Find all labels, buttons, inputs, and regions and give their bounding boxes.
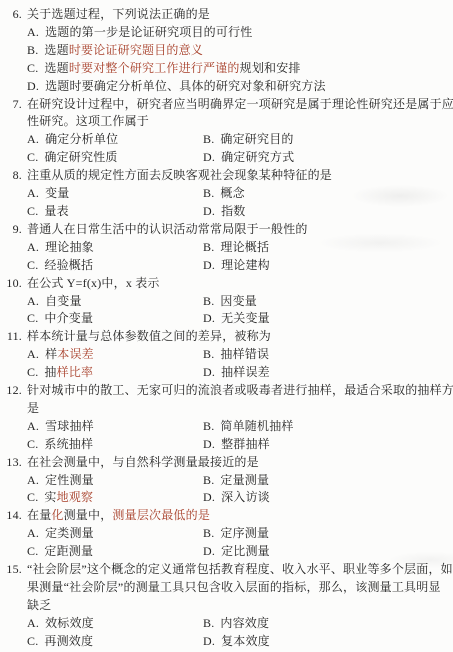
option-label: B. <box>203 473 214 487</box>
question-block: 8.注重从质的规定性方面去反映客观社会现象某种特征的是A.变量B.概念C.量表D… <box>0 167 447 221</box>
option-text: 量表 <box>44 204 68 218</box>
option-row: C.确定研究性质D.确定研究方式 <box>0 149 447 167</box>
question-stem-line: 8.注重从质的规定性方面去反映客观社会现象某种特征的是 <box>0 167 447 185</box>
option-text: 无关变量 <box>221 311 270 325</box>
text-segment: 针对城市中的散工、无家可归的流浪者或吸毒者进行抽样，最适合采取的抽样方法 <box>27 383 453 397</box>
option-label: D. <box>203 258 215 272</box>
option: C.经验概括 <box>0 257 203 275</box>
option-text: 指数 <box>221 204 245 218</box>
option-text: 系统抽样 <box>44 437 93 451</box>
text-segment: 无关变量 <box>221 311 270 325</box>
option-text: 概念 <box>220 186 244 200</box>
question-stem-line: 9.普通人在日常生活中的认识活动常常局限于一般性的 <box>0 221 447 239</box>
red-marked-text: 化 <box>51 508 63 522</box>
option-label: A. <box>27 347 39 361</box>
text-segment: 确定研究性质 <box>44 150 117 164</box>
option-row: A.理论抽象B.理论概括 <box>0 239 447 257</box>
option-text: 确定研究方式 <box>221 150 294 164</box>
text-segment: 理论建构 <box>221 258 270 272</box>
red-marked-text: 本误差 <box>57 347 94 361</box>
question-stem-line: 性研究。这项工作属于 <box>0 113 447 131</box>
option-row: C.选题时要对整个研究工作进行严谨的规划和安排 <box>0 60 447 78</box>
option: C.确定研究性质 <box>0 149 203 167</box>
question-block: 12.针对城市中的散工、无家可归的流浪者或吸毒者进行抽样，最适合采取的抽样方法是… <box>0 382 447 454</box>
option-row: A.雪球抽样B.简单随机抽样 <box>0 418 447 436</box>
question-stem-line: 6.关于选题过程，下列说法正确的是 <box>0 6 447 24</box>
text-segment: 指数 <box>221 204 245 218</box>
option-text: 确定分析单位 <box>45 132 118 146</box>
option-text: 经验概括 <box>44 258 93 272</box>
question-number: 11. <box>0 328 27 346</box>
text-segment: 规划和安排 <box>240 61 301 75</box>
question-stem-line: 缺乏 <box>0 597 447 615</box>
text-segment: 因变量 <box>220 294 257 308</box>
question-block: 6.关于选题过程，下列说法正确的是A.选题的第一步是论证研究项目的可行性B.选题… <box>0 6 447 96</box>
option-label: A. <box>27 294 39 308</box>
option: A.自变量 <box>0 293 203 311</box>
option-row: A.定性测量B.定量测量 <box>0 472 447 490</box>
option-label: A. <box>27 25 39 39</box>
option-text: 确定研究目的 <box>220 132 293 146</box>
option-row: A.确定分析单位B.确定研究目的 <box>0 131 447 149</box>
option-text: 深入访谈 <box>221 490 270 504</box>
option-label: B. <box>203 419 214 433</box>
option-text: 再测效度 <box>44 634 93 648</box>
question-stem-line: 7.在研究设计过程中，研究者应当明确界定一项研究是属于理论性研究还是属于应用 <box>0 96 447 114</box>
option-label: B. <box>203 294 214 308</box>
option-text: 定距测量 <box>44 544 93 558</box>
text-segment: 再测效度 <box>44 634 93 648</box>
option-text: 自变量 <box>45 294 82 308</box>
question-number: 10. <box>0 275 27 293</box>
question-block: 10.在公式 Y=f(x)中，x 表示A.自变量B.因变量C.中介变量D.无关变… <box>0 275 447 329</box>
option-row: D.选题时要确定分析单位、具体的研究对象和研究方法 <box>0 78 447 96</box>
option-row: C.经验概括D.理论建构 <box>0 257 447 275</box>
text-segment: 缺乏 <box>27 598 51 612</box>
option-label: A. <box>27 526 39 540</box>
option-label: B. <box>27 43 38 57</box>
question-stem-line: 12.针对城市中的散工、无家可归的流浪者或吸毒者进行抽样，最适合采取的抽样方法 <box>0 382 447 400</box>
text-segment: 定量测量 <box>220 473 269 487</box>
exam-page: 6.关于选题过程，下列说法正确的是A.选题的第一步是论证研究项目的可行性B.选题… <box>0 0 453 651</box>
question-stem-text: 是 <box>27 400 447 418</box>
text-segment: 是 <box>27 401 39 415</box>
question-block: 9.普通人在日常生活中的认识活动常常局限于一般性的A.理论抽象B.理论概括C.经… <box>0 221 447 275</box>
option-row: A.选题的第一步是论证研究项目的可行性 <box>0 24 447 42</box>
option-text: 变量 <box>45 186 69 200</box>
question-stem-text: 关于选题过程，下列说法正确的是 <box>27 6 447 24</box>
question-stem-text: 缺乏 <box>27 597 447 615</box>
option-label: C. <box>27 150 38 164</box>
red-marked-text: 时要对整个研究工作进行严谨的 <box>69 61 240 75</box>
option-label: D. <box>203 437 215 451</box>
option-text: 样本误差 <box>45 347 94 361</box>
text-segment: 内容效度 <box>220 616 269 630</box>
text-segment: 选题的第一步是论证研究项目的可行性 <box>45 25 252 39</box>
question-stem-line: 13.在社会测量中，与自然科学测量最接近的是 <box>0 454 447 472</box>
option: A.理论抽象 <box>0 239 203 257</box>
text-segment: 定序测量 <box>220 526 269 540</box>
question-stem-text: 果测量“社会阶层”的测量工具只包含收入层面的指标，那么，该测量工具明显 <box>27 579 447 597</box>
option: C.再测效度 <box>0 633 203 651</box>
option-label: D. <box>27 79 39 93</box>
option-row: A.定类测量B.定序测量 <box>0 525 447 543</box>
option: C.实地观察 <box>0 489 203 507</box>
option: A.雪球抽样 <box>0 418 203 436</box>
option: B.定序测量 <box>203 525 447 543</box>
text-segment: 在量 <box>27 508 51 522</box>
option-row: A.样本误差B.抽样错误 <box>0 346 447 364</box>
red-marked-text: 时要论证研究题目的意义 <box>69 43 203 57</box>
question-stem-text: 在社会测量中，与自然科学测量最接近的是 <box>27 454 447 472</box>
option-text: 理论概括 <box>220 240 269 254</box>
red-marked-text: 样比率 <box>57 365 94 379</box>
option-label: A. <box>27 240 39 254</box>
option-text: 定序测量 <box>220 526 269 540</box>
text-segment: 在研究设计过程中，研究者应当明确界定一项研究是属于理论性研究还是属于应用 <box>27 97 453 111</box>
option: B.理论概括 <box>203 239 447 257</box>
option-label: B. <box>203 186 214 200</box>
option: A.定性测量 <box>0 472 203 490</box>
question-stem-line: 10.在公式 Y=f(x)中，x 表示 <box>0 275 447 293</box>
option-row: C.实地观察D.深入访谈 <box>0 489 447 507</box>
option-label: D. <box>203 490 215 504</box>
option-text: 中介变量 <box>44 311 93 325</box>
option-text: 整群抽样 <box>221 437 270 451</box>
question-stem-line: 11.样本统计量与总体参数值之间的差异，被称为 <box>0 328 447 346</box>
option-text: 定量测量 <box>220 473 269 487</box>
option-row: C.中介变量D.无关变量 <box>0 310 447 328</box>
option-label: A. <box>27 616 39 630</box>
option: C.选题时要对整个研究工作进行严谨的规划和安排 <box>27 60 301 78</box>
text-segment: “社会阶层”这个概念的定义通常包括教育程度、收入水平、职业等多个层面，如 <box>27 562 453 576</box>
question-stem-line: 15.“社会阶层”这个概念的定义通常包括教育程度、收入水平、职业等多个层面，如 <box>0 561 447 579</box>
option-label: A. <box>27 473 39 487</box>
option-row: C.量表D.指数 <box>0 203 447 221</box>
option-label: B. <box>203 347 214 361</box>
option-label: A. <box>27 132 39 146</box>
text-segment: 效标效度 <box>45 616 94 630</box>
option-text: 抽样错误 <box>220 347 269 361</box>
text-segment: 变量 <box>45 186 69 200</box>
text-segment: 复本效度 <box>221 634 270 648</box>
text-segment: 抽 <box>44 365 56 379</box>
question-number: 9. <box>0 221 27 239</box>
question-number: 13. <box>0 454 27 472</box>
text-segment: 确定研究目的 <box>220 132 293 146</box>
question-block: 14.在量化测量中，测量层次最低的是A.定类测量B.定序测量C.定距测量D.定比… <box>0 507 447 561</box>
text-segment: 确定分析单位 <box>45 132 118 146</box>
text-segment: 样 <box>45 347 57 361</box>
option: B.内容效度 <box>203 615 447 633</box>
text-segment: 理论抽象 <box>45 240 94 254</box>
option-row: C.再测效度D.复本效度 <box>0 633 447 651</box>
option: B.抽样错误 <box>203 346 447 364</box>
question-stem-text: 样本统计量与总体参数值之间的差异，被称为 <box>27 328 447 346</box>
question-block: 13.在社会测量中，与自然科学测量最接近的是A.定性测量B.定量测量C.实地观察… <box>0 454 447 508</box>
option: C.量表 <box>0 203 203 221</box>
option-label: C. <box>27 311 38 325</box>
question-stem-line: 果测量“社会阶层”的测量工具只包含收入层面的指标，那么，该测量工具明显 <box>0 579 447 597</box>
option: B.简单随机抽样 <box>203 418 447 436</box>
text-segment: 概念 <box>220 186 244 200</box>
text-segment: 简单随机抽样 <box>220 419 293 433</box>
option: C.定距测量 <box>0 543 203 561</box>
option-text: 选题时要论证研究题目的意义 <box>44 43 203 57</box>
option-text: 抽样比率 <box>44 365 93 379</box>
text-segment: 自变量 <box>45 294 82 308</box>
option: A.选题的第一步是论证研究项目的可行性 <box>27 24 252 42</box>
option-text: 定性测量 <box>45 473 94 487</box>
option-text: 抽样误差 <box>221 365 270 379</box>
option: D.复本效度 <box>203 633 447 651</box>
option: A.确定分析单位 <box>0 131 203 149</box>
option-label: D. <box>203 544 215 558</box>
option-label: D. <box>203 365 215 379</box>
question-stem-text: 在量化测量中，测量层次最低的是 <box>27 507 447 525</box>
option-label: A. <box>27 419 39 433</box>
option-label: B. <box>203 132 214 146</box>
option-text: 理论建构 <box>221 258 270 272</box>
text-segment: 定类测量 <box>45 526 94 540</box>
option-row: A.变量B.概念 <box>0 185 447 203</box>
red-marked-text: 地观察 <box>57 490 94 504</box>
option-row: A.效标效度B.内容效度 <box>0 615 447 633</box>
option-row: A.自变量B.因变量 <box>0 293 447 311</box>
red-marked-text: 测量层次最低的是 <box>112 508 210 522</box>
option-text: 实地观察 <box>44 490 93 504</box>
text-segment: 雪球抽样 <box>45 419 94 433</box>
question-stem-line: 是 <box>0 400 447 418</box>
option: A.样本误差 <box>0 346 203 364</box>
option: D.深入访谈 <box>203 489 447 507</box>
option-label: C. <box>27 544 38 558</box>
text-segment: 测量中， <box>64 508 113 522</box>
text-segment: 整群抽样 <box>221 437 270 451</box>
question-number: 8. <box>0 167 27 185</box>
option-text: 选题的第一步是论证研究项目的可行性 <box>45 25 252 39</box>
text-segment: 性研究。这项工作属于 <box>27 114 149 128</box>
question-stem-text: 普通人在日常生活中的认识活动常常局限于一般性的 <box>27 221 447 239</box>
option-label: D. <box>203 150 215 164</box>
text-segment: 确定研究方式 <box>221 150 294 164</box>
option-text: 因变量 <box>220 294 257 308</box>
text-segment: 定比测量 <box>221 544 270 558</box>
question-stem-text: “社会阶层”这个概念的定义通常包括教育程度、收入水平、职业等多个层面，如 <box>27 561 447 579</box>
question-stem-line: 14.在量化测量中，测量层次最低的是 <box>0 507 447 525</box>
text-segment: 选题 <box>44 43 68 57</box>
question-stem-text: 注重从质的规定性方面去反映客观社会现象某种特征的是 <box>27 167 447 185</box>
option: A.变量 <box>0 185 203 203</box>
text-segment: 定性测量 <box>45 473 94 487</box>
text-segment: 普通人在日常生活中的认识活动常常局限于一般性的 <box>27 222 308 236</box>
text-segment: 注重从质的规定性方面去反映客观社会现象某种特征的是 <box>27 168 332 182</box>
option: C.中介变量 <box>0 310 203 328</box>
text-segment: 经验概括 <box>44 258 93 272</box>
text-segment: 定距测量 <box>44 544 93 558</box>
option: D.选题时要确定分析单位、具体的研究对象和研究方法 <box>27 78 326 96</box>
option-label: D. <box>203 634 215 648</box>
option-label: D. <box>203 204 215 218</box>
option-text: 复本效度 <box>221 634 270 648</box>
text-segment: 量表 <box>44 204 68 218</box>
question-block: 15.“社会阶层”这个概念的定义通常包括教育程度、收入水平、职业等多个层面，如果… <box>0 561 447 651</box>
text-segment: 理论概括 <box>220 240 269 254</box>
option-text: 效标效度 <box>45 616 94 630</box>
option-row: C.抽样比率D.抽样误差 <box>0 364 447 382</box>
option-label: A. <box>27 186 39 200</box>
option: B.定量测量 <box>203 472 447 490</box>
option-row: B.选题时要论证研究题目的意义 <box>0 42 447 60</box>
option-label: C. <box>27 258 38 272</box>
question-stem-text: 在公式 Y=f(x)中，x 表示 <box>27 275 447 293</box>
option: D.定比测量 <box>203 543 447 561</box>
question-number: 7. <box>0 96 27 114</box>
text-segment: 系统抽样 <box>44 437 93 451</box>
text-segment: 中介变量 <box>44 311 93 325</box>
option: D.无关变量 <box>203 310 447 328</box>
option: C.系统抽样 <box>0 436 203 454</box>
option-label: C. <box>27 204 38 218</box>
option-row: C.定距测量D.定比测量 <box>0 543 447 561</box>
text-segment: 抽样错误 <box>220 347 269 361</box>
option: C.抽样比率 <box>0 364 203 382</box>
option: D.理论建构 <box>203 257 447 275</box>
question-number: 15. <box>0 561 27 579</box>
text-segment: 在公式 Y=f(x)中，x 表示 <box>27 276 160 290</box>
option: B.概念 <box>203 185 447 203</box>
question-block: 11.样本统计量与总体参数值之间的差异，被称为A.样本误差B.抽样错误C.抽样比… <box>0 328 447 382</box>
text-segment: 选题时要确定分析单位、具体的研究对象和研究方法 <box>45 79 326 93</box>
question-stem-text: 在研究设计过程中，研究者应当明确界定一项研究是属于理论性研究还是属于应用 <box>27 96 447 114</box>
text-segment: 关于选题过程，下列说法正确的是 <box>27 7 210 21</box>
option-text: 理论抽象 <box>45 240 94 254</box>
option-text: 选题时要确定分析单位、具体的研究对象和研究方法 <box>45 79 326 93</box>
question-stem-text: 针对城市中的散工、无家可归的流浪者或吸毒者进行抽样，最适合采取的抽样方法 <box>27 382 447 400</box>
option: D.抽样误差 <box>203 364 447 382</box>
option-text: 选题时要对整个研究工作进行严谨的规划和安排 <box>44 61 300 75</box>
option-text: 简单随机抽样 <box>220 419 293 433</box>
option-label: C. <box>27 61 38 75</box>
question-number: 12. <box>0 382 27 400</box>
option-text: 内容效度 <box>220 616 269 630</box>
option-label: D. <box>203 311 215 325</box>
text-segment: 选题 <box>44 61 68 75</box>
text-segment: 样本统计量与总体参数值之间的差异，被称为 <box>27 329 271 343</box>
question-number: 14. <box>0 507 27 525</box>
option: D.整群抽样 <box>203 436 447 454</box>
option-label: C. <box>27 634 38 648</box>
text-segment: 在社会测量中，与自然科学测量最接近的是 <box>27 455 259 469</box>
option-label: B. <box>203 616 214 630</box>
option-label: B. <box>203 240 214 254</box>
option-row: C.系统抽样D.整群抽样 <box>0 436 447 454</box>
option: A.定类测量 <box>0 525 203 543</box>
option: A.效标效度 <box>0 615 203 633</box>
question-block: 7.在研究设计过程中，研究者应当明确界定一项研究是属于理论性研究还是属于应用性研… <box>0 96 447 168</box>
option-label: C. <box>27 437 38 451</box>
text-segment: 果测量“社会阶层”的测量工具只包含收入层面的指标，那么，该测量工具明显 <box>27 580 441 594</box>
option-label: C. <box>27 490 38 504</box>
question-stem-text: 性研究。这项工作属于 <box>27 113 447 131</box>
text-segment: 实 <box>44 490 56 504</box>
option: B.因变量 <box>203 293 447 311</box>
option: B.确定研究目的 <box>203 131 447 149</box>
option-text: 定类测量 <box>45 526 94 540</box>
text-segment: 深入访谈 <box>221 490 270 504</box>
option: D.确定研究方式 <box>203 149 447 167</box>
option-text: 雪球抽样 <box>45 419 94 433</box>
option-text: 确定研究性质 <box>44 150 117 164</box>
text-segment: 抽样误差 <box>221 365 270 379</box>
option-label: B. <box>203 526 214 540</box>
option: B.选题时要论证研究题目的意义 <box>27 42 203 60</box>
question-number: 6. <box>0 6 27 24</box>
option: D.指数 <box>203 203 447 221</box>
option-text: 定比测量 <box>221 544 270 558</box>
option-label: C. <box>27 365 38 379</box>
